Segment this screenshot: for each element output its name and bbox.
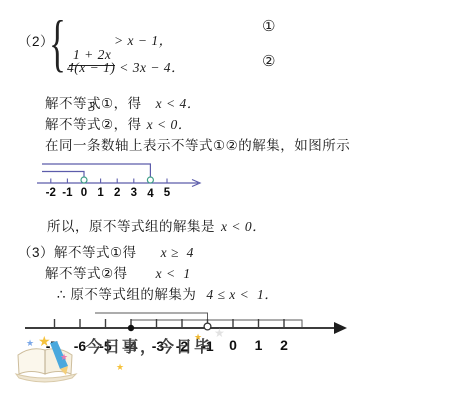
inequality-2: 4(x − 1) < 3x − 4． [67,56,185,76]
open-circle-0 [81,177,87,183]
axis-labels: -2 -1 0 1 2 3 4 5 [46,187,171,200]
open-circle-neg1 [204,323,211,330]
solve-step-2: 解不等式②，得 x < 0． [45,113,192,133]
circled-1-marker: ① [262,17,275,35]
svg-text:3: 3 [131,187,137,199]
segment-x-lt-neg1 [95,313,208,323]
svg-text:2: 2 [114,187,120,199]
svg-text:1: 1 [255,337,263,353]
solve-step-1-text: 解不等式①，得 [45,92,142,112]
svg-text:1: 1 [97,187,104,199]
part3-solve-1-math: x ≥ 4 [161,245,194,261]
star-icon: ★ [26,338,34,348]
svg-text:-1: -1 [62,187,73,199]
conclusion-2-math: x < 0． [221,215,266,235]
part3-solve-2-math: x < 1 [156,266,191,282]
star-icon: ★ [214,326,225,340]
star-icon: ★ [60,352,68,362]
part3-solve-2-text: 解不等式②得 [45,262,128,282]
part3-solve-1: （3）解不等式①得 x ≥ 4 [18,241,194,261]
part3-solve-2: 解不等式②得 x < 1 [45,262,191,282]
math-solution-page: { "problem": { "part2_label": "（2）", "sy… [0,0,449,404]
axis-note-text: 在同一条数轴上表示不等式①②的解集，如图所示 [45,134,350,154]
solve-step-2-text: 解不等式②，得 [45,113,142,133]
svg-text:2: 2 [280,337,288,353]
svg-text:-2: -2 [46,187,56,199]
closed-dot-neg4 [128,325,134,331]
conclusion-2: 所以，原不等式组的解集是 x < 0． [47,215,266,235]
circled-2-marker: ② [262,52,275,70]
conclusion-2-text: 所以，原不等式组的解集是 [47,215,215,235]
open-circle-4 [147,177,153,183]
brace-glyph: { [49,6,66,80]
svg-text:0: 0 [229,337,237,353]
axis-note: 在同一条数轴上表示不等式①②的解集，如图所示 [45,134,350,154]
number-line-2: -7 -6 -5 -4 -3 -2 -1 0 1 2 今日事，今日毕 ★ ★ ★… [0,300,449,404]
star-icon: ★ [116,362,124,372]
solve-step-1: 解不等式①，得 x < 4． [45,92,201,112]
star-icon: ★ [38,333,51,349]
axis-arrow-icon [334,322,347,334]
svg-text:5: 5 [164,187,171,199]
star-icon: ★ [194,332,202,342]
number-line-1: -2 -1 0 1 2 3 4 5 [30,153,215,203]
part3-solve-1-text: （3）解不等式①得 [18,241,137,261]
svg-text:0: 0 [81,187,87,199]
segment-x-lt-0 [42,172,84,180]
solve-step-1-math: x < 4． [156,92,201,112]
svg-text:4: 4 [147,188,154,200]
solve-step-2-math: x < 0． [147,113,192,133]
watermark-text: 今日事，今日毕 [85,337,212,357]
svg-text:-6: -6 [74,338,87,354]
inequality-1-tail: > x − 1， [114,29,173,49]
